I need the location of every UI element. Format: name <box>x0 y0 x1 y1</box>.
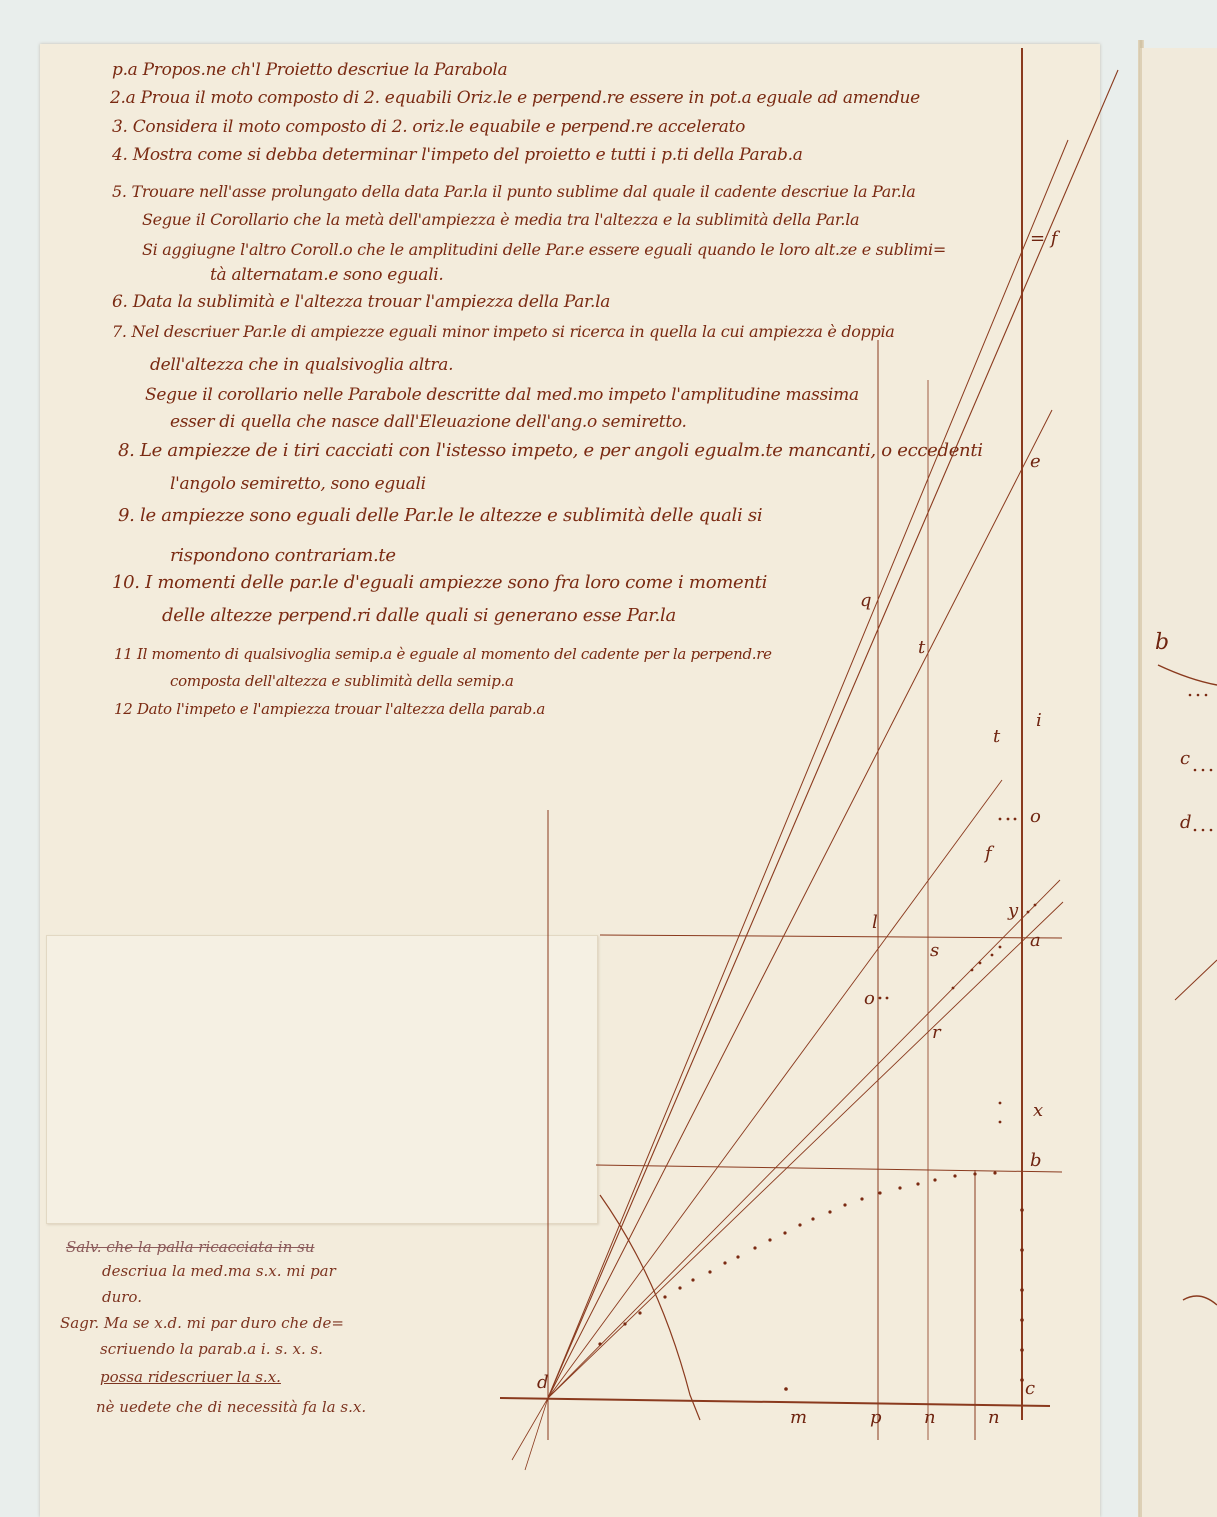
note-line-1: Salv. che la palla ricacciata in su <box>66 1238 315 1256</box>
proposition-3: 3. Considera il moto composto di 2. oriz… <box>112 117 745 137</box>
point-label-n1: n <box>924 1407 936 1428</box>
corollary-5b-cont: tà alternatam.e sono eguali. <box>210 265 443 285</box>
point-label-e: e <box>1030 451 1041 472</box>
point-label-c: c <box>1025 1378 1035 1399</box>
note-line-7: nè uedete che di necessità fa la s.x. <box>96 1398 366 1416</box>
facing-label-d: d <box>1180 812 1192 833</box>
point-label-p: p <box>870 1407 882 1428</box>
note-line-2: descriua la med.ma s.x. mi par <box>102 1262 336 1280</box>
note-line-3: duro. <box>102 1288 142 1306</box>
point-label-d: d <box>537 1372 549 1393</box>
point-label-n2: n <box>988 1407 1000 1428</box>
point-label-t-lower: t <box>993 726 1000 747</box>
point-label-r: r <box>932 1022 941 1043</box>
point-label-l: l <box>872 912 878 933</box>
point-label-o-top: o <box>1030 806 1041 827</box>
point-label-m: m <box>790 1407 807 1428</box>
point-label-x: x <box>1033 1100 1043 1121</box>
point-label-s: s <box>930 940 939 961</box>
proposition-2: 2.a Proua il moto composto di 2. equabil… <box>110 88 920 108</box>
proposition-12: 12 Dato l'impeto e l'ampiezza trouar l'a… <box>114 700 545 718</box>
proposition-11: 11 Il momento di qualsivoglia semip.a è … <box>114 645 772 663</box>
proposition-8: 8. Le ampiezze de i tiri cacciati con l'… <box>118 440 983 461</box>
proposition-4: 4. Mostra come si debba determinar l'imp… <box>112 145 803 165</box>
corollary-7-cont: esser di quella che nasce dall'Eleuazion… <box>170 412 687 432</box>
point-label-y: y <box>1008 900 1018 921</box>
point-label-a: a <box>1030 930 1041 951</box>
proposition-8-cont: l'angolo semiretto, sono eguali <box>170 474 426 494</box>
facing-label-b: b <box>1155 630 1169 655</box>
proposition-1: p.a Propos.ne ch'l Proietto descriue la … <box>112 60 507 80</box>
note-line-4: Sagr. Ma se x.d. mi par duro che de= <box>60 1314 344 1332</box>
point-label-o-mid: o <box>864 988 875 1009</box>
proposition-6: 6. Data la sublimità e l'altezza trouar … <box>112 292 610 312</box>
proposition-5: 5. Trouare nell'asse prolungato della da… <box>112 182 915 201</box>
point-label-i: i <box>1036 710 1042 731</box>
point-label-t-upper: t <box>918 637 925 658</box>
note-line-6: possa ridescriuer la s.x. <box>100 1368 281 1386</box>
proposition-10: 10. I momenti delle par.le d'eguali ampi… <box>112 572 767 593</box>
point-label-f: f <box>985 843 992 864</box>
point-label-b: b <box>1030 1150 1042 1171</box>
proposition-11-cont: composta dell'altezza e sublimità della … <box>170 672 514 690</box>
note-line-5: scriuendo la parab.a i. s. x. s. <box>100 1340 323 1358</box>
proposition-7-cont: dell'altezza che in qualsivoglia altra. <box>150 355 453 375</box>
proposition-9: 9. le ampiezze sono eguali delle Par.le … <box>118 505 762 526</box>
corollary-5b: Si aggiugne l'altro Coroll.o che le ampl… <box>142 240 946 259</box>
corollary-7: Segue il corollario nelle Parabole descr… <box>145 385 859 405</box>
proposition-10-cont: delle altezze perpend.ri dalle quali si … <box>162 605 676 626</box>
facing-label-c: c <box>1180 748 1190 769</box>
point-label-q: q <box>860 590 872 611</box>
corollary-5a: Segue il Corollario che la metà dell'amp… <box>142 210 859 229</box>
proposition-7: 7. Nel descriuer Par.le di ampiezze egua… <box>112 322 895 341</box>
proposition-9-cont: rispondono contrariam.te <box>170 545 396 566</box>
margin-note: = f <box>1030 228 1057 249</box>
